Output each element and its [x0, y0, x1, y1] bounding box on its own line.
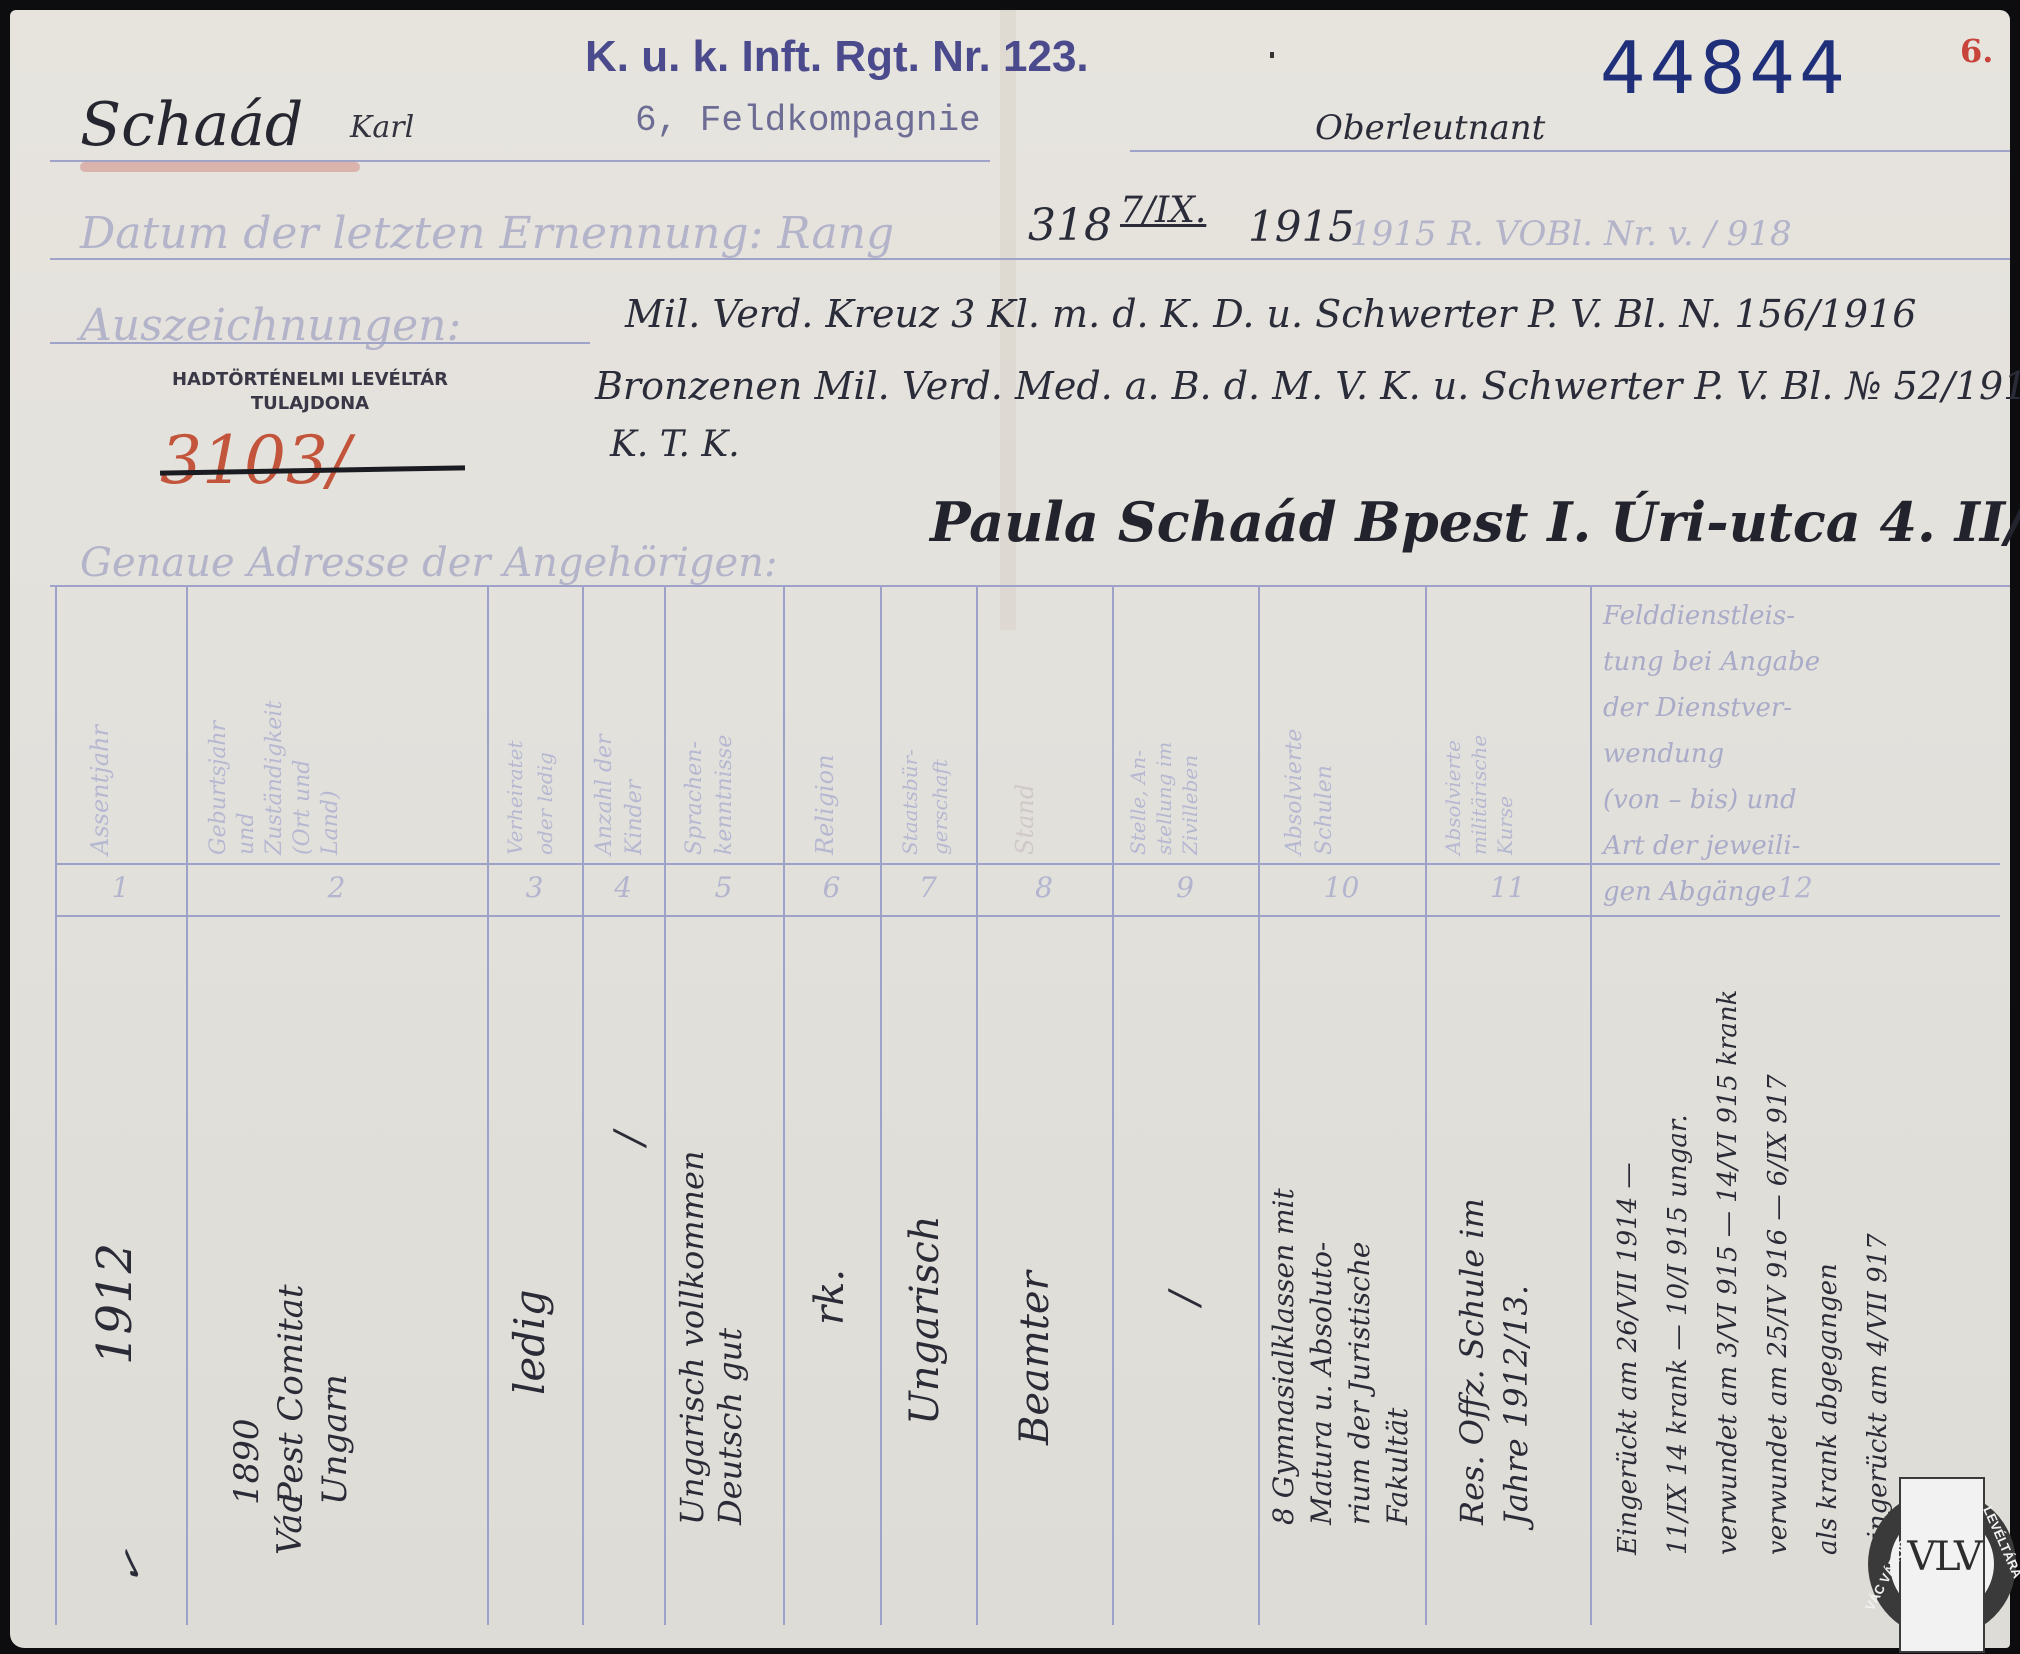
col-number-3: 3 — [487, 871, 582, 904]
cell-religion: rk. — [810, 1145, 850, 1325]
col-number-7: 7 — [880, 871, 976, 904]
col-header-9: Stelle, An- stellung im Zivilleben — [1125, 605, 1203, 855]
file-number: 44844 — [1600, 26, 1849, 110]
cell-languages: Ungarisch vollkommen Deutsch gut — [673, 925, 749, 1525]
col-header-11: Absolvierte militärische Kurse — [1440, 605, 1518, 855]
col-divider-5 — [783, 585, 785, 1625]
col-number-11: 11 — [1425, 871, 1590, 904]
cell-civil-position: / — [1165, 1185, 1205, 1305]
archive-logo-monogram: VLV — [1904, 1534, 1984, 1580]
red-underline-mark — [80, 162, 360, 172]
appointment-date: 7/IX. — [1120, 190, 1206, 231]
decoration-line-3: K. T. K. — [610, 424, 740, 465]
col-header-7: Staatsbür- gerschaft — [895, 605, 955, 855]
col-number-10: 10 — [1258, 871, 1425, 904]
relatives-address-handwritten: Paula Schaád Bpest I. Úri-utca 4. II/5. — [930, 490, 2020, 554]
header-rule-right — [1130, 150, 2010, 152]
cell-children-count: / — [610, 1025, 650, 1145]
col-divider-3 — [582, 585, 584, 1625]
header-rule-left — [50, 160, 990, 162]
cell-check-mark: ✓ — [105, 1545, 157, 1590]
rank-handwritten: Oberleutnant — [1315, 108, 1545, 148]
col-header-4: Anzahl der Kinder — [590, 605, 650, 855]
col-number-6: 6 — [783, 871, 880, 904]
col-number-1: 1 — [55, 871, 186, 904]
appointment-rule — [50, 258, 2010, 260]
regiment-stamp: K. u. k. Inft. Rgt. Nr. 123. — [585, 32, 1089, 82]
personal-data-table: Assentjahr Geburtsjahr und Zuständigkeit… — [55, 585, 2000, 1635]
cell-schools: 8 Gymnasialklassen mit Matura u. Absolut… — [1265, 955, 1417, 1525]
appointment-label: Datum der letzten Ernennung: Rang — [80, 208, 894, 259]
table-top-border — [55, 585, 2000, 587]
archive-ownership-stamp: HADTÖRTÉNELMI LEVÉLTÁR TULAJDONA — [140, 368, 480, 416]
personnel-record-sheet: Schaád Karl K. u. k. Inft. Rgt. Nr. 123.… — [10, 10, 2010, 1648]
cell-marital-status: ledig — [510, 1115, 550, 1395]
col-divider-1 — [186, 585, 188, 1625]
col-divider-2 — [487, 585, 489, 1625]
vac-city-archive-logo: VLV VÁC VÁROS LEVÉLTÁRA 2004 — [1862, 1476, 2018, 1654]
col-number-12: 12 — [1590, 871, 2000, 904]
appointment-year: 1915 — [1248, 202, 1355, 251]
col-header-2: Geburtsjahr und Zuständigkeit (Ort und L… — [205, 600, 345, 855]
ink-dot — [1270, 52, 1274, 58]
relatives-address-label: Genaue Adresse der Angehörigen: — [80, 540, 777, 586]
col-divider-7 — [976, 585, 978, 1625]
cell-field-service: Eingerückt am 26/VII 1914 — 11/IX 14 kra… — [1603, 915, 1903, 1555]
surname-handwritten: Schaád — [80, 90, 303, 160]
company-stamp: 6, Feldkompagnie — [635, 100, 981, 141]
col-divider-4 — [664, 585, 666, 1625]
decoration-line-2: Bronzenen Mil. Verd. Med. a. B. d. M. V.… — [595, 364, 2020, 408]
crossed-archive-number: 3103/ — [160, 422, 350, 499]
col-header-10: Absolvierte Schulen — [1280, 605, 1340, 855]
appointment-rank-number: 318 — [1028, 200, 1112, 251]
col-number-2: 2 — [186, 871, 487, 904]
col-header-3: Verheiratet oder ledig — [500, 605, 560, 855]
col-number-8: 8 — [976, 871, 1112, 904]
decorations-rule — [50, 342, 590, 344]
col-header-1: Assentjahr — [85, 605, 115, 855]
col-divider-10 — [1425, 585, 1427, 1625]
archive-stamp-line-2: TULAJDONA — [140, 392, 480, 416]
cell-assent-year: 1912 — [95, 1085, 135, 1365]
given-name-handwritten: Karl — [350, 110, 414, 145]
col-header-8: Stand — [1010, 625, 1040, 855]
red-page-mark: 6. — [1960, 32, 1993, 70]
archive-stamp-line-1: HADTÖRTÉNELMI LEVÉLTÁR — [140, 368, 480, 392]
col-divider-8 — [1112, 585, 1114, 1625]
col-divider-11 — [1590, 585, 1592, 1625]
decoration-line-1: Mil. Verd. Kreuz 3 Kl. m. d. K. D. u. Sc… — [625, 292, 1916, 336]
cell-citizenship: Ungarisch — [905, 1005, 945, 1425]
cell-birth-place: Vác — [270, 1425, 310, 1555]
archive-logo-year: 2004 — [1922, 1622, 1951, 1637]
col-number-9: 9 — [1112, 871, 1258, 904]
col-divider-0 — [55, 585, 57, 1625]
col-divider-6 — [880, 585, 882, 1625]
cell-status: Beamter — [1015, 1065, 1055, 1445]
cell-military-courses: Res. Offz. Schule im Jahre 1912/13. — [1450, 1005, 1538, 1525]
col-number-5: 5 — [664, 871, 783, 904]
col-header-5: Sprachen- kenntnisse — [680, 605, 740, 855]
col-header-6: Religion — [810, 615, 840, 855]
col-header-12: Felddienstleis- tung bei Angabe der Dien… — [1603, 593, 1993, 915]
appointment-printed-tail: 1915 R. VOBl. Nr. v. / 918 — [1350, 214, 1792, 254]
col-number-4: 4 — [582, 871, 664, 904]
col-divider-9 — [1258, 585, 1260, 1625]
